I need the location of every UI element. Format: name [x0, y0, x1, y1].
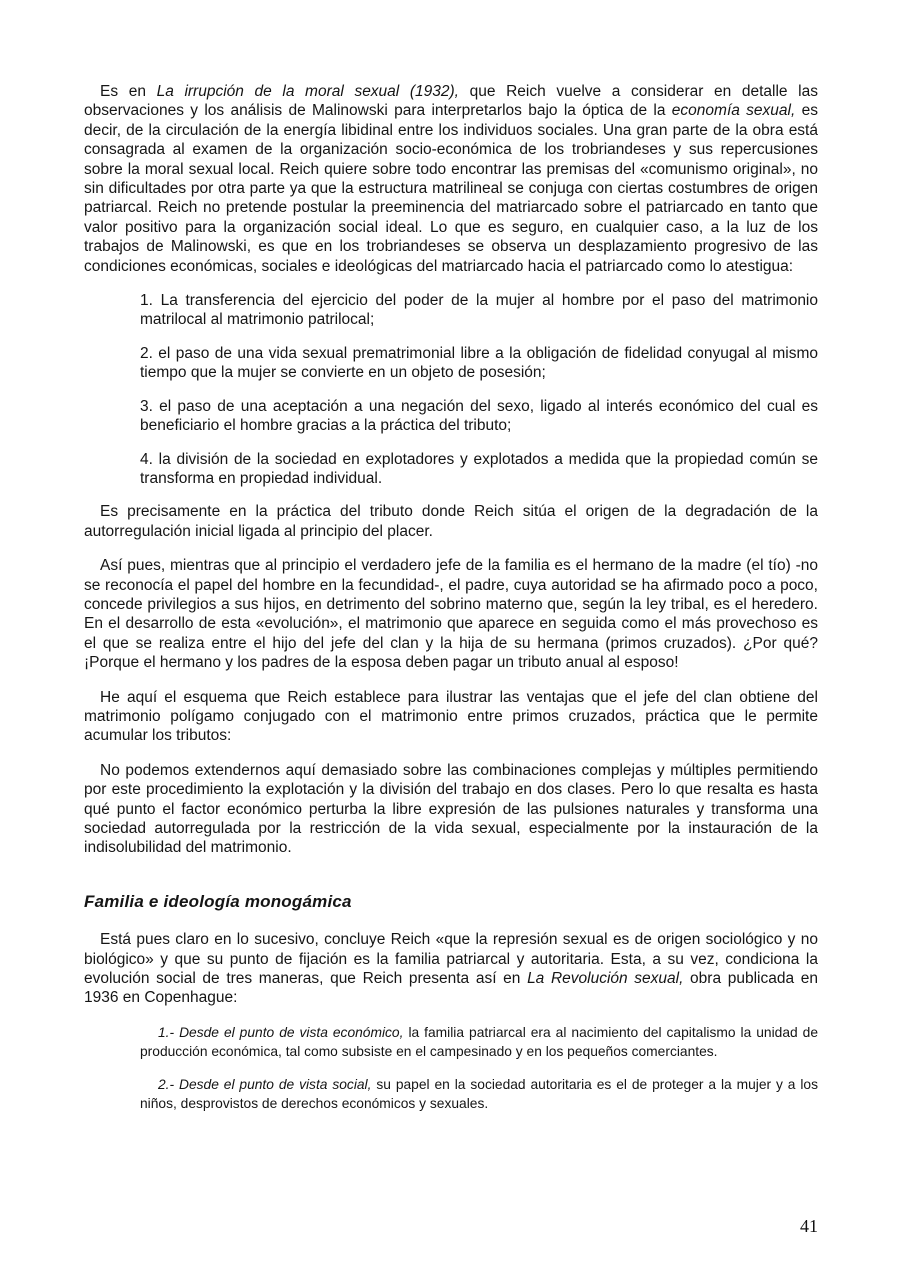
paragraph-asi-pues: Así pues, mientras que al principio el v…	[84, 556, 818, 672]
list-item-1: 1. La transferencia del ejercicio del po…	[140, 291, 818, 330]
paragraph-esquema: He aquí el esquema que Reich establece p…	[84, 688, 818, 746]
list-item-2: 2. el paso de una vida sexual prematrimo…	[140, 344, 818, 383]
intro-paragraph: Es en La irrupción de la moral sexual (1…	[84, 82, 818, 276]
term-italic: economía sexual,	[672, 102, 796, 119]
list-item-4: 4. la división de la sociedad en explota…	[140, 450, 818, 489]
text-run: es decir, de la circulación de la energí…	[84, 102, 818, 274]
lead-italic: 2.- Desde el punto de vista social,	[158, 1077, 371, 1092]
paragraph-tributo: Es precisamente en la práctica del tribu…	[84, 502, 818, 541]
sub-item-1: 1.- Desde el punto de vista económico, l…	[140, 1023, 818, 1061]
book-title-italic: La Revolución sexual,	[527, 970, 683, 987]
text-run: Es en	[100, 83, 157, 100]
section-heading: Familia e ideología monogámica	[84, 892, 818, 911]
paragraph-combinaciones: No podemos extendernos aquí demasiado so…	[84, 761, 818, 858]
page-number: 41	[800, 1217, 818, 1236]
lead-italic: 1.- Desde el punto de vista económico,	[158, 1025, 403, 1040]
list-item-3: 3. el paso de una aceptación a una negac…	[140, 397, 818, 436]
book-title-italic: La irrupción de la moral sexual (1932),	[157, 83, 459, 100]
paragraph-esta-pues: Está pues claro en lo sucesivo, concluye…	[84, 930, 818, 1008]
document-page: Es en La irrupción de la moral sexual (1…	[0, 0, 905, 1280]
sub-item-2: 2.- Desde el punto de vista social, su p…	[140, 1075, 818, 1113]
